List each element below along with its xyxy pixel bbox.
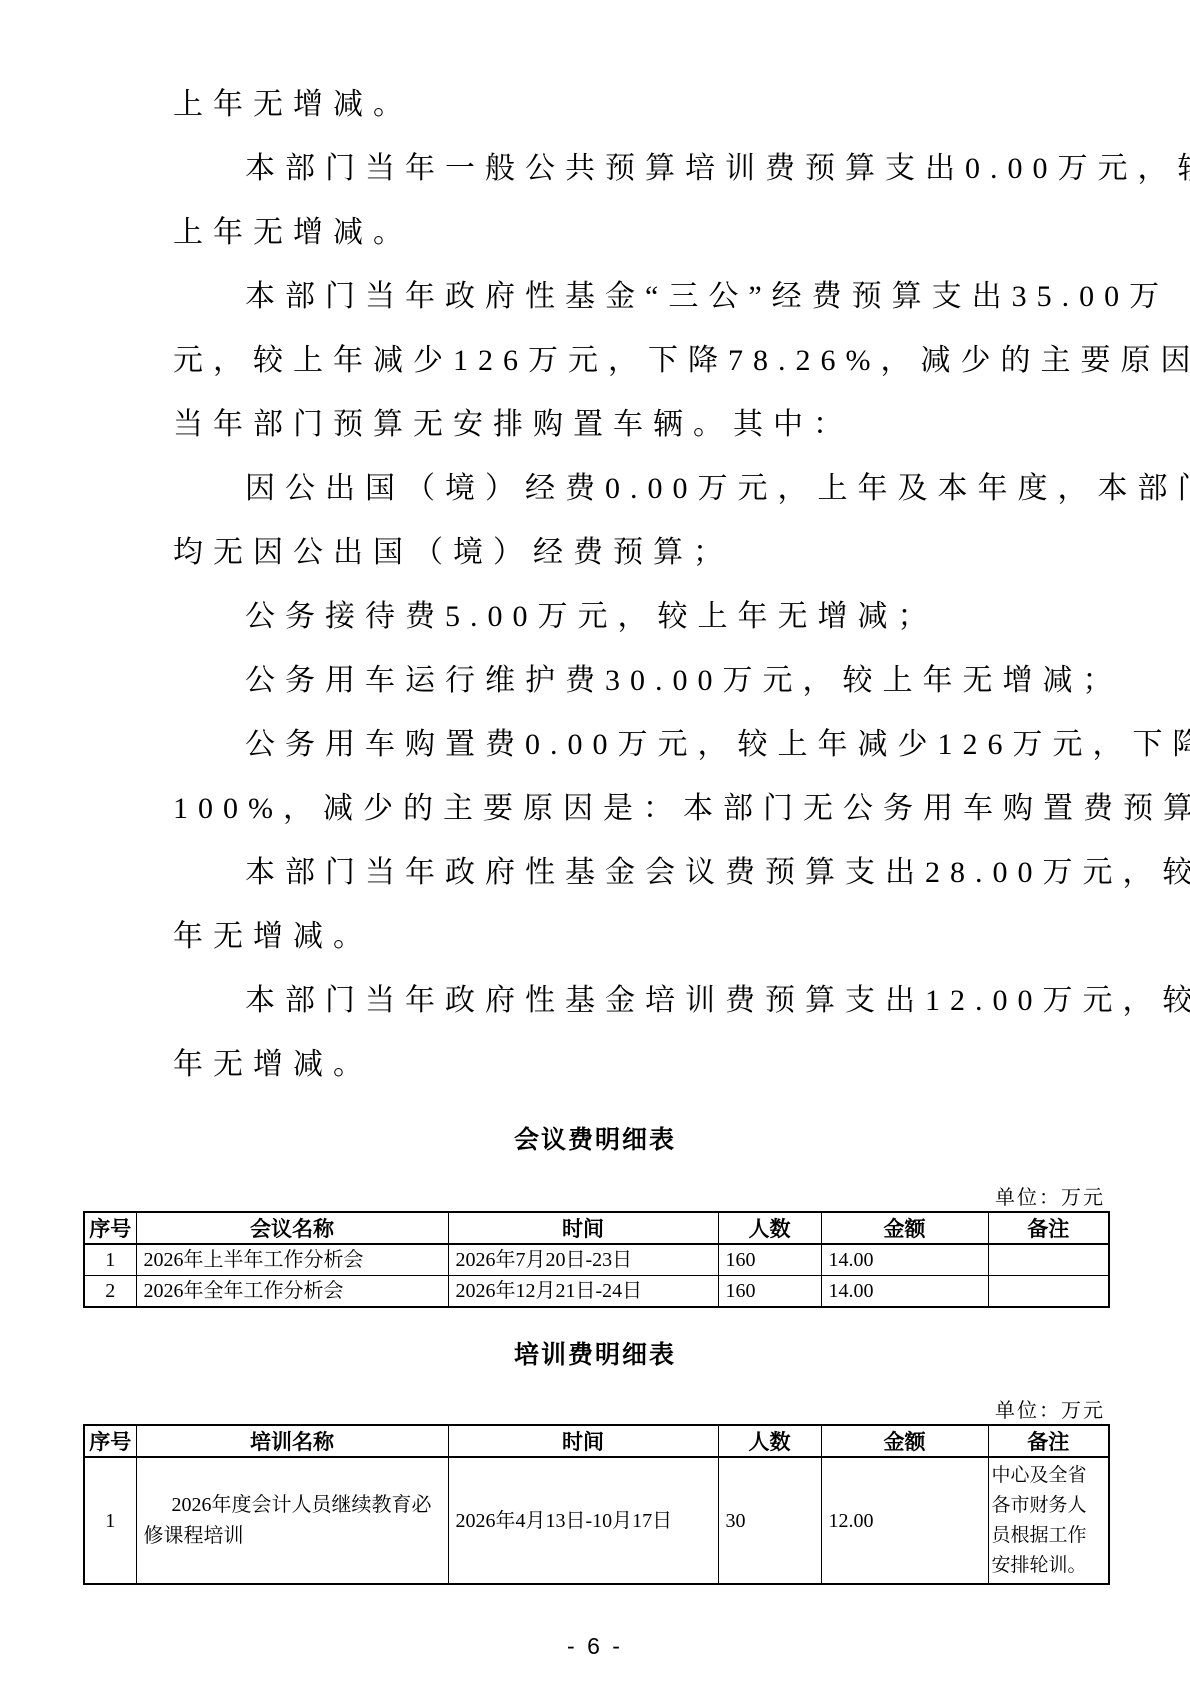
table-cell: 2026年4月13日-10月17日	[448, 1457, 718, 1584]
column-header: 备注	[988, 1212, 1109, 1244]
column-header: 培训名称	[136, 1425, 448, 1457]
paragraph-line: 元，较上年减少126万元，下降78.26%，减少的主要原因是：	[173, 329, 1123, 393]
table-row: 12026年度会计人员继续教育必修课程培训2026年4月13日-10月17日30…	[84, 1457, 1109, 1584]
table-cell: 14.00	[821, 1244, 988, 1276]
table-body: 12026年上半年工作分析会2026年7月20日-23日16014.002202…	[84, 1244, 1109, 1307]
column-header: 会议名称	[136, 1212, 448, 1244]
paragraph-line: 年无增减。	[173, 905, 1123, 969]
page-number: - 6 -	[0, 1631, 1190, 1661]
paragraph-line: 公务用车运行维护费30.00万元，较上年无增减；	[173, 649, 1123, 713]
paragraph-line: 因公出国（境）经费0.00万元，上年及本年度，本部门	[173, 457, 1123, 521]
meeting-table-title: 会议费明细表	[0, 1123, 1190, 1157]
table-body: 12026年度会计人员继续教育必修课程培训2026年4月13日-10月17日30…	[84, 1457, 1109, 1584]
header-row: 序号培训名称时间人数金额备注	[84, 1425, 1109, 1457]
table-cell: 2026年全年工作分析会	[136, 1276, 448, 1308]
table-row: 22026年全年工作分析会2026年12月21日-24日16014.00	[84, 1276, 1109, 1308]
paragraph-line: 年无增减。	[173, 1033, 1123, 1097]
header-row: 序号会议名称时间人数金额备注	[84, 1212, 1109, 1244]
column-header: 序号	[84, 1212, 136, 1244]
table-cell	[988, 1244, 1109, 1276]
table-header: 序号会议名称时间人数金额备注	[84, 1212, 1109, 1244]
document-page: 上年无增减。本部门当年一般公共预算培训费预算支出0.00万元，较上年无增减。本部…	[0, 0, 1190, 1683]
table-cell: 12.00	[821, 1457, 988, 1584]
column-header: 时间	[448, 1212, 718, 1244]
table-cell: 2026年12月21日-24日	[448, 1276, 718, 1308]
column-header: 金额	[821, 1425, 988, 1457]
paragraph-line: 公务接待费5.00万元，较上年无增减；	[173, 585, 1123, 649]
training-table-unit-label: 单位：万元	[83, 1398, 1105, 1424]
paragraph-line: 本部门当年政府性基金“三公”经费预算支出35.00万	[173, 265, 1123, 329]
table-cell: 2026年7月20日-23日	[448, 1244, 718, 1276]
paragraph-line: 本部门当年一般公共预算培训费预算支出0.00万元，较	[173, 137, 1123, 201]
paragraph-line: 上年无增减。	[173, 201, 1123, 265]
paragraph-line: 本部门当年政府性基金会议费预算支出28.00万元，较上	[173, 841, 1123, 905]
table-cell: 160	[718, 1276, 821, 1308]
paragraph-line: 上年无增减。	[173, 73, 1123, 137]
table-header: 序号培训名称时间人数金额备注	[84, 1425, 1109, 1457]
meeting-table-unit-label: 单位：万元	[83, 1185, 1105, 1211]
paragraph-line: 当年部门预算无安排购置车辆。其中：	[173, 393, 1123, 457]
table-cell: 14.00	[821, 1276, 988, 1308]
column-header: 人数	[718, 1212, 821, 1244]
body-paragraphs: 上年无增减。本部门当年一般公共预算培训费预算支出0.00万元，较上年无增减。本部…	[0, 0, 1190, 1097]
column-header: 备注	[988, 1425, 1109, 1457]
column-header: 金额	[821, 1212, 988, 1244]
paragraph-line: 本部门当年政府性基金培训费预算支出12.00万元，较上	[173, 969, 1123, 1033]
table-cell: 30	[718, 1457, 821, 1584]
table-row: 12026年上半年工作分析会2026年7月20日-23日16014.00	[84, 1244, 1109, 1276]
table-cell: 2026年上半年工作分析会	[136, 1244, 448, 1276]
column-header: 时间	[448, 1425, 718, 1457]
paragraph-line: 均无因公出国（境）经费预算；	[173, 521, 1123, 585]
column-header: 人数	[718, 1425, 821, 1457]
table-cell	[988, 1276, 1109, 1308]
table-cell: 1	[84, 1244, 136, 1276]
paragraph-line: 100%，减少的主要原因是：本部门无公务用车购置费预算。	[173, 777, 1123, 841]
column-header: 序号	[84, 1425, 136, 1457]
training-table-title: 培训费明细表	[0, 1338, 1190, 1372]
meeting-fee-table: 序号会议名称时间人数金额备注12026年上半年工作分析会2026年7月20日-2…	[83, 1211, 1110, 1308]
table-cell: 1	[84, 1457, 136, 1584]
table-cell: 2	[84, 1276, 136, 1308]
table-cell: 中心及全省各市财务人员根据工作安排轮训。	[988, 1457, 1109, 1584]
table-cell: 2026年度会计人员继续教育必修课程培训	[136, 1457, 448, 1584]
table-cell: 160	[718, 1244, 821, 1276]
training-fee-table: 序号培训名称时间人数金额备注12026年度会计人员继续教育必修课程培训2026年…	[83, 1424, 1110, 1585]
paragraph-line: 公务用车购置费0.00万元，较上年减少126万元，下降	[173, 713, 1123, 777]
